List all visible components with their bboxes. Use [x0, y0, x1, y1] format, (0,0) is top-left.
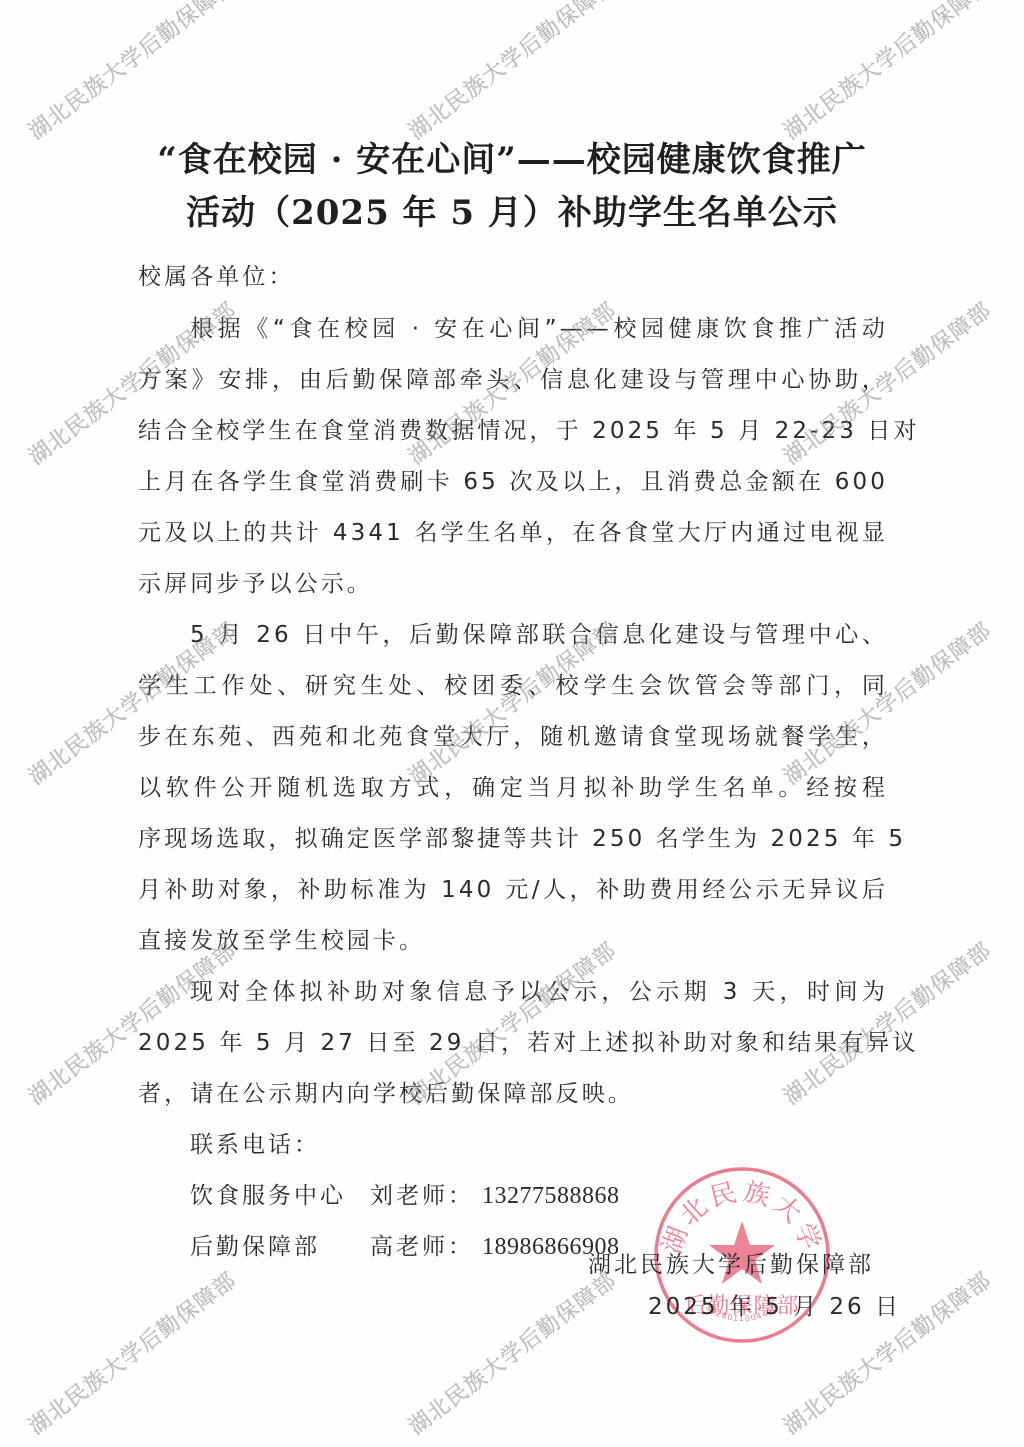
document-page: “食在校园 · 安在心间”——校园健康饮食推广 活动（2025 年 5 月）补助…	[0, 0, 1024, 1447]
watermark: 湖北民族大学后勤保障部	[401, 1264, 622, 1441]
body-line: 2025 年 5 月 27 日至 29 日，若对上述拟补助对象和结果有异议	[138, 1028, 888, 1058]
contact-dept-1: 饮食服务中心	[190, 1181, 346, 1211]
body-line: 结合全校学生在食堂消费数据情况，于 2025 年 5 月 22-23 日对	[138, 416, 888, 446]
salutation: 校属各单位：	[138, 262, 888, 292]
body-line: 现对全体拟补助对象信息予以公示，公示期 3 天，时间为	[190, 977, 888, 1007]
contact-phone-wrap-1: 13277588868	[482, 1181, 620, 1211]
watermark: 湖北民族大学后勤保障部	[21, 0, 242, 146]
watermark: 湖北民族大学后勤保障部	[401, 0, 622, 146]
contact-label: 联系电话：	[190, 1130, 320, 1160]
contact-dept-2: 后勤保障部	[190, 1232, 320, 1262]
watermark: 湖北民族大学后勤保障部	[21, 1264, 242, 1441]
body-line: 示屏同步予以公示。	[138, 569, 888, 599]
body-line: 元及以上的共计 4341 名学生名单，在各食堂大厅内通过电视显	[138, 518, 888, 548]
contact-person-2: 高老师：	[370, 1232, 474, 1262]
body-line: 月补助对象，补助标准为 140 元/人，补助费用经公示无异议后	[138, 875, 888, 905]
body-line: 方案》安排，由后勤保障部牵头、信息化建设与管理中心协助，	[138, 365, 888, 395]
body-line: 5 月 26 日中午，后勤保障部联合信息化建设与管理中心、	[190, 620, 888, 650]
signature-org: 湖北民族大学后勤保障部	[588, 1250, 874, 1280]
document-title-line-2: 活动（2025 年 5 月）补助学生名单公示	[0, 185, 1024, 234]
contact-person-1: 刘老师：	[370, 1181, 474, 1211]
body-line: 直接发放至学生校园卡。	[138, 926, 888, 956]
body-line: 根据《“食在校园 · 安在心间”——校园健康饮食推广活动	[190, 314, 888, 344]
body-line: 以软件公开随机选取方式，确定当月拟补助学生名单。经按程	[138, 773, 888, 803]
body-line: 者，请在公示期内向学校后勤保障部反映。	[138, 1079, 888, 1109]
contact-phone-1: 13277588868	[482, 1183, 620, 1209]
body-line: 步在东苑、西苑和北苑食堂大厅，随机邀请食堂现场就餐学生，	[138, 722, 888, 752]
document-title-line-1: “食在校园 · 安在心间”——校园健康饮食推广	[0, 132, 1024, 181]
body-line: 学生工作处、研究生处、校团委、校学生会饮管会等部门，同	[138, 671, 888, 701]
body-line: 序现场选取，拟确定医学部黎捷等共计 250 名学生为 2025 年 5	[138, 824, 888, 854]
body-line: 上月在各学生食堂消费刷卡 65 次及以上，且消费总金额在 600	[138, 467, 888, 497]
signature-date: 2025 年 5 月 26 日	[648, 1292, 901, 1322]
watermark: 湖北民族大学后勤保障部	[776, 0, 997, 146]
